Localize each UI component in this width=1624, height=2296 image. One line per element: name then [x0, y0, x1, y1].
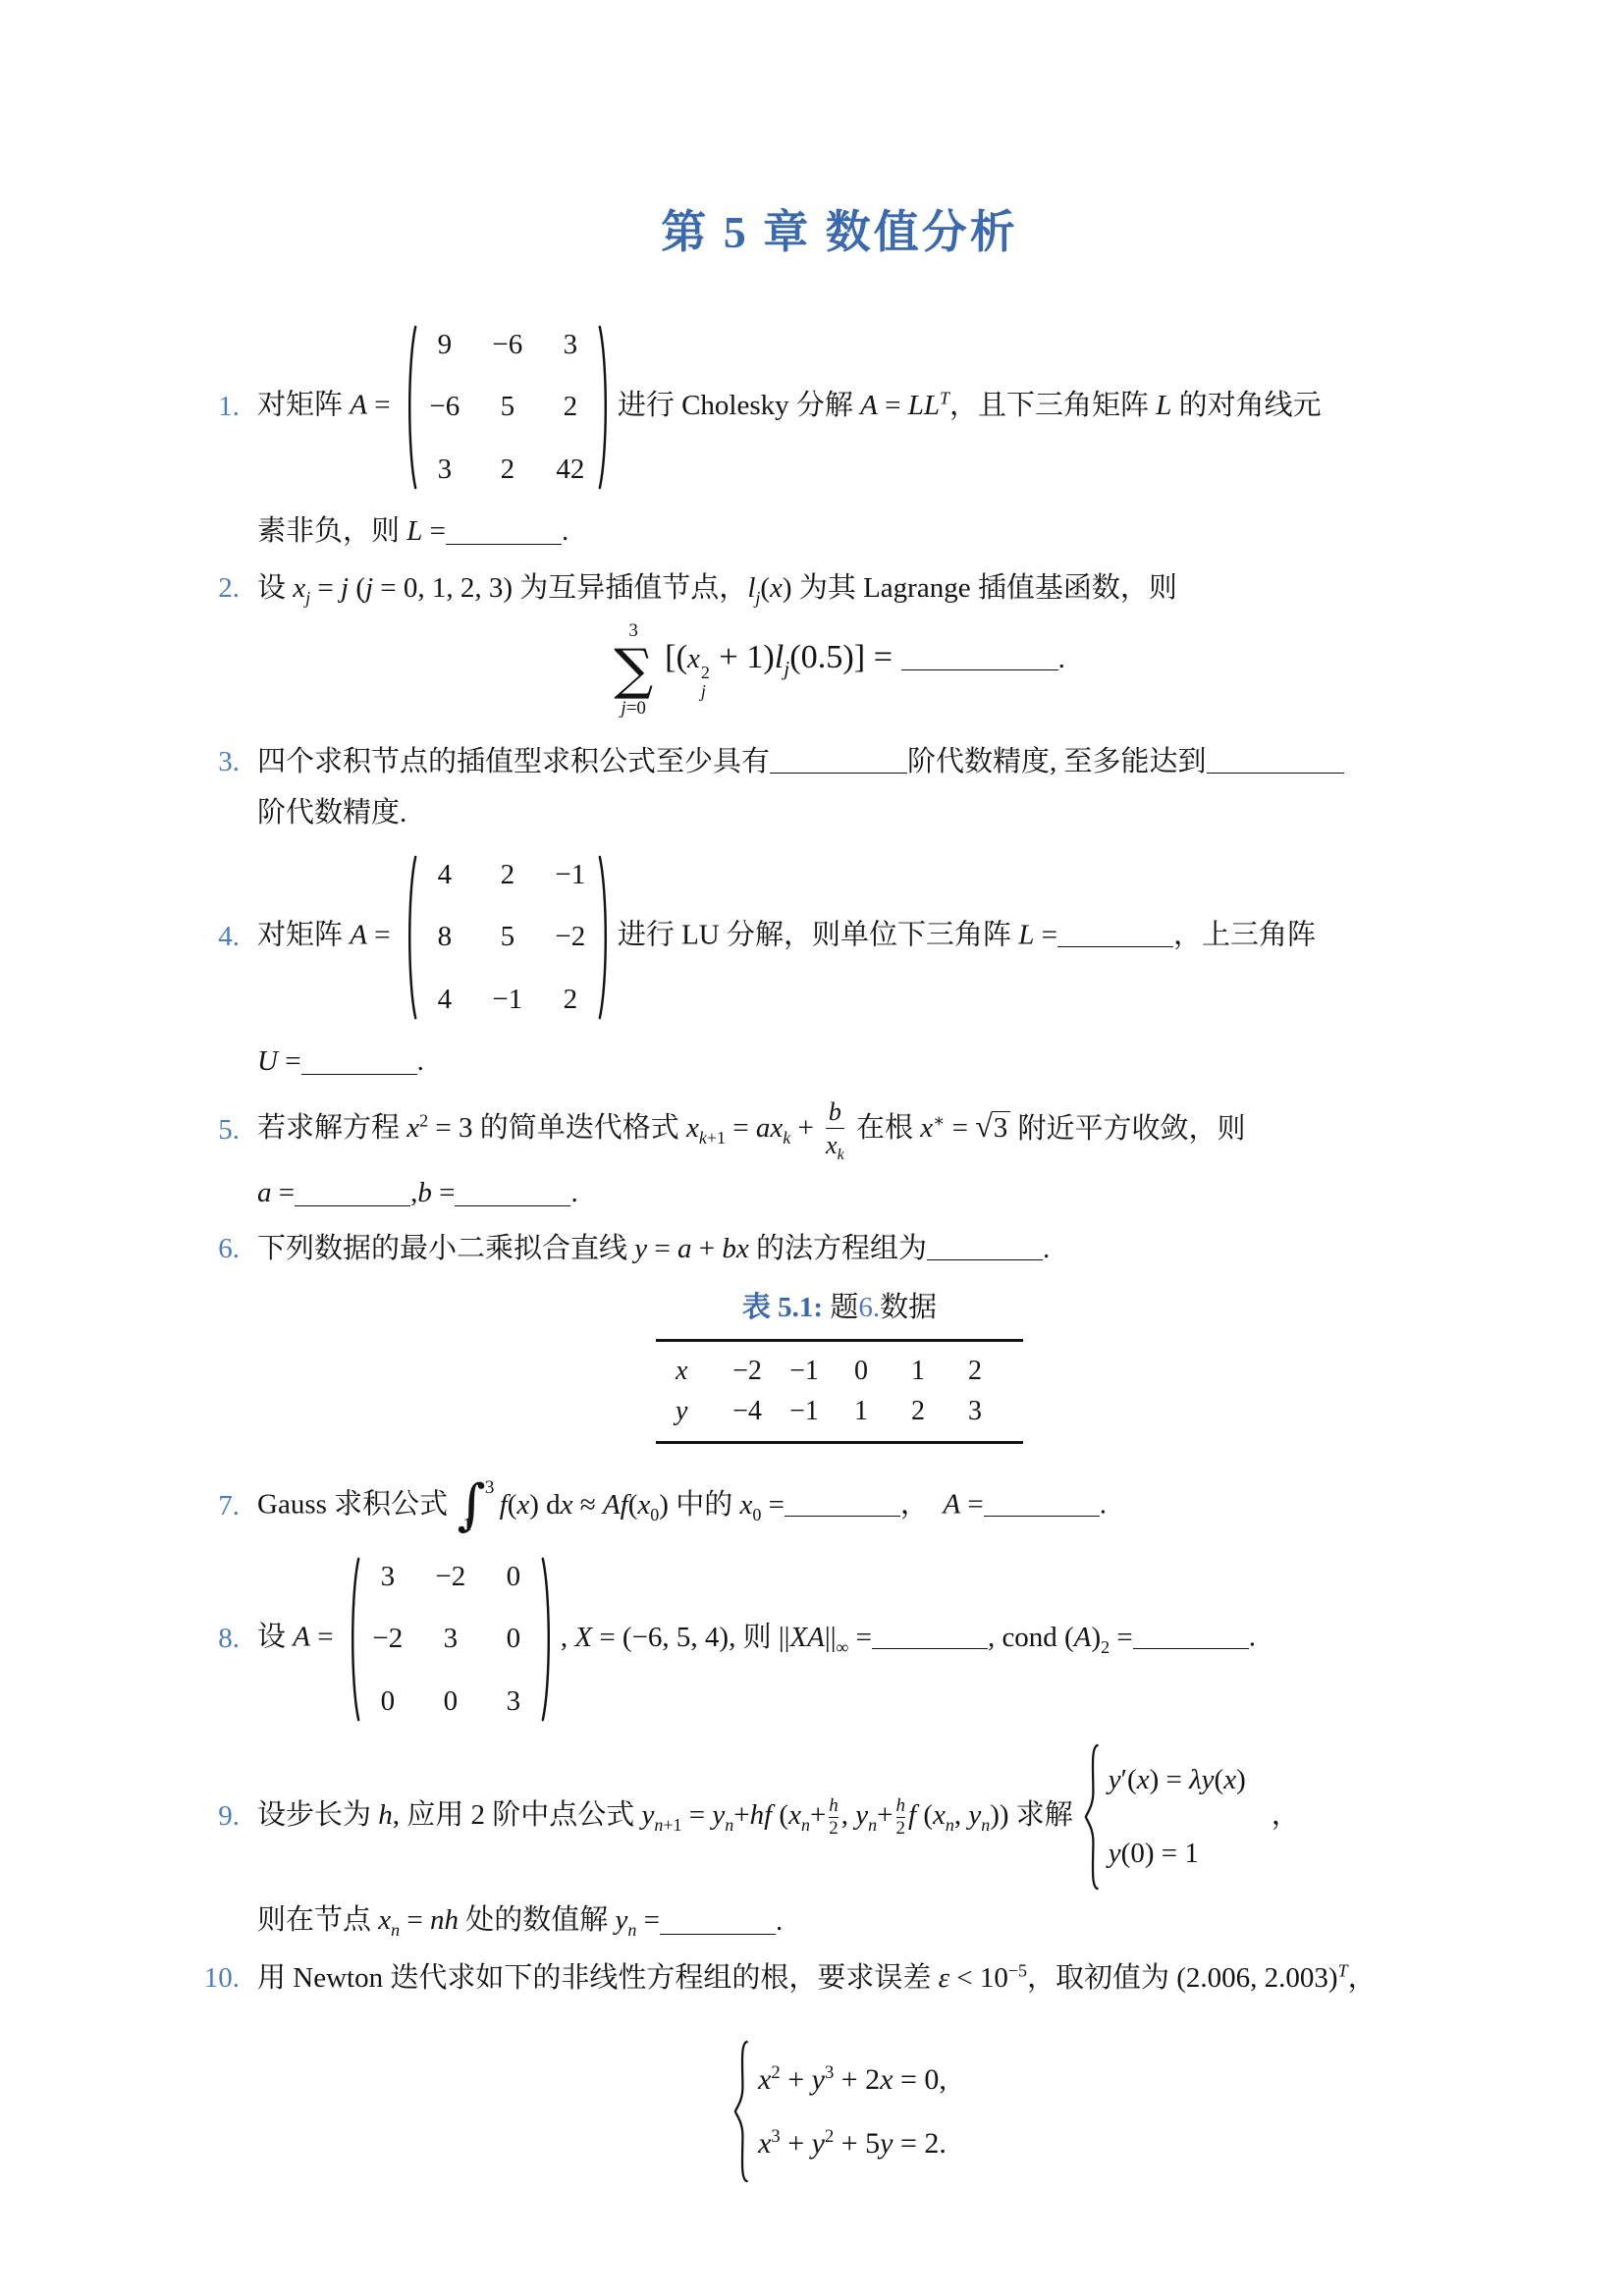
problem-7-text-1: Gauss 求积公式	[257, 1489, 455, 1521]
problem-6-link[interactable]: 6.	[858, 1292, 880, 1323]
answer-blank	[1207, 747, 1344, 774]
answer-blank	[295, 1180, 410, 1206]
period: .	[1249, 1622, 1256, 1653]
table-cell: −2	[719, 1352, 776, 1392]
table-row-x: x−2−1012	[676, 1352, 1003, 1392]
problem-2: 2. 设 xj = j (j = 0, 1, 2, 3) 为互异插值节点，lj(…	[183, 567, 1496, 612]
problem-8-text-post: , X = (−6, 5, 4), 则 ||XA||∞ =	[561, 1622, 872, 1653]
problem-9-number: 9.	[183, 1795, 240, 1839]
period: .	[417, 1041, 424, 1084]
matrix-cell: −6	[428, 386, 461, 429]
ode-system: y′(x) = λy(x)y(0) = 1	[1083, 1742, 1246, 1892]
table-cell: −4	[719, 1392, 776, 1432]
matrix-cell: 3	[428, 449, 461, 492]
matrix-cell: 4	[428, 979, 461, 1022]
matrix-cell: −2	[554, 916, 587, 959]
matrix-cell: 3	[497, 1681, 530, 1724]
left-brace-icon	[732, 2039, 749, 2184]
matrix-a4: 42−185−24−12	[404, 852, 612, 1023]
problem-9-continuation: 则在节点 xn = nh 处的数值解 yn =.	[183, 1899, 1496, 1944]
problem-8-number: 8.	[183, 1618, 240, 1661]
row-header: y	[676, 1392, 719, 1432]
problem-6: 6. 下列数据的最小二乘拟合直线 y = a + bx 的法方程组为.	[183, 1228, 1496, 1271]
right-paren-icon	[597, 852, 612, 1023]
answer-blank	[446, 518, 562, 545]
answer-blank	[1133, 1623, 1249, 1649]
ode-equation: y′(x) = λy(x)	[1109, 1759, 1246, 1802]
summation-symbol: 3 ∑ j=0	[614, 620, 653, 720]
table-cell: 3	[947, 1392, 1003, 1432]
problem-3-text-1: 四个求积节点的插值型求积公式至少具有	[257, 746, 770, 777]
problem-3-continuation: 阶代数精度.	[183, 792, 1496, 835]
problem-9: 9. 设步长为 h, 应用 2 阶中点公式 yn+1 = yn+hf (xn+h…	[183, 1742, 1496, 1892]
problem-4-number: 4.	[183, 916, 240, 959]
problem-5-number: 5.	[183, 1109, 240, 1152]
left-paren-icon	[404, 322, 418, 493]
problem-9-text-3: f (xn, yn)) 求解	[908, 1799, 1073, 1831]
right-paren-icon	[597, 322, 612, 493]
answer-blank	[455, 1180, 570, 1206]
matrix-cell: 0	[497, 1556, 530, 1599]
problem-8-text-pre: 设 A =	[257, 1622, 341, 1653]
problem-4: 4. 对矩阵 A = 42−185−24−12进行 LU 分解，则单位下三角阵 …	[183, 848, 1496, 1027]
matrix-cell: 0	[371, 1681, 405, 1724]
table-cell: 2	[947, 1352, 1003, 1392]
problem-8: 8. 设 A = 3−20−230003, X = (−6, 5, 4), 则 …	[183, 1550, 1496, 1729]
system-equation-1: x2 + y3 + 2x = 0,	[758, 2062, 947, 2097]
table-caption-post: 数据	[880, 1292, 937, 1323]
problem-1: 1. 对矩阵 A = 9−63−6523242进行 Cholesky 分解 A …	[183, 318, 1496, 497]
problem-1-text-cont: 素非负，则 L =	[257, 510, 446, 554]
answer-blank	[1057, 921, 1173, 947]
problem-10-text: 用 Newton 迭代求如下的非线性方程组的根，要求误差 ε < 10−5，取初…	[257, 1957, 1496, 2001]
problem-2-number: 2.	[183, 567, 240, 611]
matrix-cell: 2	[491, 449, 524, 492]
answer-blank	[770, 747, 907, 774]
problem-10-number: 10.	[183, 1957, 240, 2001]
problem-7-number: 7.	[183, 1485, 240, 1528]
table-caption: 表 5.1: 题6.数据	[183, 1285, 1496, 1325]
problem-4-text-post: 进行 LU 分解，则单位下三角阵 L =	[618, 920, 1057, 951]
table-5-1: 表 5.1: 题6.数据 x−2−1012 y−4−1123	[183, 1285, 1496, 1444]
answer-blank	[301, 1048, 417, 1075]
matrix-a8: 3−20−230003	[347, 1554, 555, 1725]
problem-4-text-pre: 对矩阵 A =	[257, 920, 398, 951]
problem-4-text-post2: ，上三角阵	[1173, 920, 1316, 951]
table-cell: 0	[833, 1352, 890, 1392]
document-page: 第 5 章 数值分析 1. 对矩阵 A = 9−63−6523242进行 Cho…	[0, 0, 1624, 2296]
problem-9-text-2: , yn+	[841, 1799, 893, 1831]
fraction-h-over-2: h2	[829, 1796, 839, 1839]
problem-10: 10. 用 Newton 迭代求如下的非线性方程组的根，要求误差 ε < 10−…	[183, 1957, 1496, 2001]
left-paren-icon	[347, 1554, 361, 1725]
left-brace-icon	[1083, 1742, 1100, 1892]
matrix-cell: −1	[554, 854, 587, 897]
problem-3: 3. 四个求积节点的插值型求积公式至少具有阶代数精度, 至多能达到	[183, 741, 1496, 784]
answer-blank	[785, 1490, 900, 1517]
table-row-y: y−4−1123	[676, 1392, 1003, 1432]
problem-5-continuation: a =,b =.	[183, 1172, 1496, 1215]
sum-lower-limit: j=0	[621, 698, 646, 720]
matrix-cell: 42	[554, 449, 587, 492]
problem-6-number: 6.	[183, 1228, 240, 1271]
period: .	[1100, 1489, 1107, 1521]
problem-4-continuation: U =.	[183, 1041, 1496, 1084]
row-header: x	[676, 1352, 719, 1392]
matrix-cell: −6	[491, 324, 524, 367]
left-paren-icon	[404, 852, 418, 1023]
problem-7-text-2: f(x) dx ≈ Af(x0) 中的 x0 =	[492, 1489, 785, 1521]
problem-1-text-post: 进行 Cholesky 分解 A = LLT，且下三角矩阵 L 的对角线元	[618, 390, 1322, 421]
problem-1-text-pre: 对矩阵 A =	[257, 390, 398, 421]
answer-blank	[901, 644, 1058, 670]
open-brackets: [(	[665, 639, 687, 675]
fraction-h-over-2: h2	[896, 1796, 906, 1839]
variable-x: x	[687, 643, 700, 674]
integral-lower-limit: 1	[462, 1512, 472, 1540]
table-cell: −1	[776, 1352, 833, 1392]
matrix-cell: 2	[554, 386, 587, 429]
matrix-cell: 0	[497, 1618, 530, 1661]
problem-1-number: 1.	[183, 386, 240, 429]
problem-5-text-2: 在根 x∗ =	[849, 1112, 975, 1144]
problem-5-text-3: 附近平方收敛，则	[1010, 1112, 1245, 1144]
fraction-bar	[826, 1128, 844, 1129]
answer-blank	[660, 1908, 776, 1935]
answer-blank	[927, 1234, 1043, 1260]
system-equation-2: x3 + y2 + 5y = 2.	[758, 2126, 947, 2161]
comma: ,	[410, 1172, 417, 1215]
problem-3-text-3: 阶代数精度.	[257, 792, 406, 835]
sqrt-3: √3	[975, 1112, 1010, 1144]
problem-5: 5. 若求解方程 x2 = 3 的简单迭代格式 xk+1 = axk + bxk…	[183, 1097, 1496, 1164]
problem-2-text: 设 xj = j (j = 0, 1, 2, 3) 为互异插值节点，lj(x) …	[257, 567, 1496, 612]
matrix-cell: 9	[428, 324, 461, 367]
matrix-cell: −2	[371, 1618, 405, 1661]
sigma-icon: ∑	[614, 644, 653, 696]
matrix-cell: 4	[428, 854, 461, 897]
matrix-cell: 2	[554, 979, 587, 1022]
problem-3-number: 3.	[183, 741, 240, 784]
equation-rest: + 1)lj(0.5)] =	[711, 639, 901, 675]
table-caption-pre: 题	[823, 1292, 858, 1323]
matrix-cell: 3	[371, 1556, 405, 1599]
problem-3-text-2: 阶代数精度, 至多能达到	[907, 746, 1207, 777]
matrix-cell: 3	[554, 324, 587, 367]
comma: ，	[1272, 1799, 1300, 1831]
problem-9-text-1: 设步长为 h, 应用 2 阶中点公式 yn+1 = yn+hf (xn+	[257, 1799, 826, 1831]
table-cell: 2	[890, 1392, 947, 1432]
matrix-a1: 9−63−6523242	[404, 322, 612, 493]
period: .	[1058, 643, 1065, 674]
data-table: x−2−1012 y−4−1123	[656, 1339, 1023, 1444]
problem-5-text-1: 若求解方程 x2 = 3 的简单迭代格式 xk+1 = axk +	[257, 1112, 821, 1144]
matrix-cell: 5	[491, 386, 524, 429]
fraction-b-over-xk: bxk	[826, 1097, 844, 1164]
period: .	[562, 510, 568, 554]
matrix-cell: 8	[428, 916, 461, 959]
integral-upper-limit: 3	[485, 1474, 495, 1503]
matrix-cell: 0	[434, 1681, 467, 1724]
matrix-cell: 5	[491, 916, 524, 959]
problem-9-text-cont: 则在节点 xn = nh 处的数值解 yn =	[257, 1899, 660, 1944]
problem-8-text-mid: , cond (A)2 =	[988, 1622, 1133, 1653]
sup-sub-stack: 2j	[701, 664, 710, 701]
matrix-cell: −1	[491, 979, 524, 1022]
matrix-cell: −2	[434, 1556, 467, 1599]
period: .	[776, 1900, 783, 1944]
problem-7-text-3: ， A =	[900, 1489, 984, 1521]
answer-blank	[872, 1623, 988, 1649]
problem-1-continuation: 素非负，则 L =.	[183, 510, 1496, 554]
matrix-cell: 2	[491, 854, 524, 897]
answer-blank	[984, 1490, 1100, 1517]
period: .	[570, 1172, 577, 1215]
ode-initial-condition: y(0) = 1	[1109, 1833, 1246, 1876]
right-paren-icon	[540, 1554, 555, 1725]
table-caption-label: 表 5.1:	[742, 1292, 823, 1323]
problem-7: 7. Gauss 求积公式 ∫31 f(x) dx ≈ Af(x0) 中的 x0…	[183, 1477, 1496, 1536]
integral-symbol: ∫31	[455, 1477, 492, 1536]
period: .	[1043, 1233, 1050, 1264]
nonlinear-system: x2 + y3 + 2x = 0,x3 + y2 + 5y = 2.	[183, 2039, 1496, 2184]
table-cell: 1	[890, 1352, 947, 1392]
b-label: b =	[417, 1172, 455, 1215]
table-cell: 1	[833, 1392, 890, 1432]
radical-icon: √	[975, 1109, 993, 1144]
equation-sum: 3 ∑ j=0 [(x2j + 1)lj(0.5)] = .	[183, 620, 1496, 720]
chapter-title: 第 5 章 数值分析	[183, 196, 1496, 261]
table-cell: −1	[776, 1392, 833, 1432]
a-label: a =	[257, 1172, 295, 1215]
problem-6-text: 下列数据的最小二乘拟合直线 y = a + bx 的法方程组为	[257, 1233, 927, 1264]
matrix-cell: 3	[434, 1618, 467, 1661]
problem-4-text-cont: U =	[257, 1041, 301, 1084]
